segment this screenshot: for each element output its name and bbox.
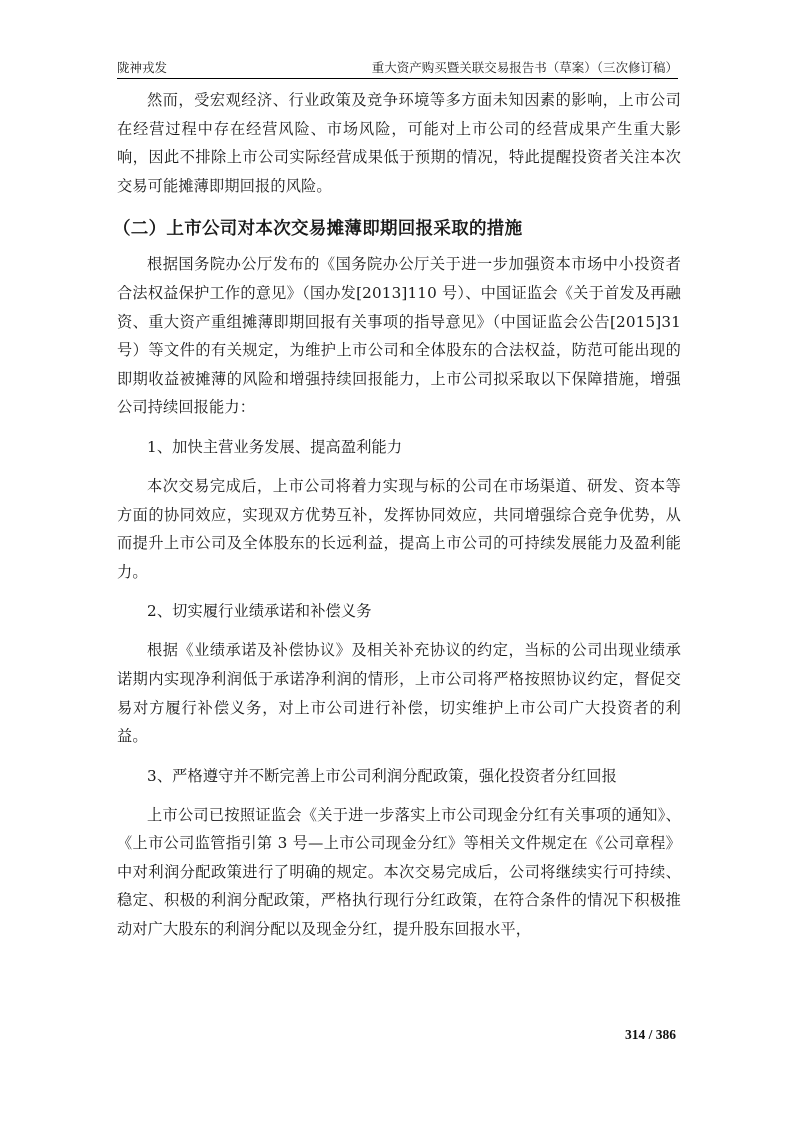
section-title: （二）上市公司对本次交易摊薄即期回报采取的措施 [113, 214, 681, 244]
measure-heading-2: 2、切实履行业绩承诺和补偿义务 [117, 598, 681, 624]
section-lead-paragraph: 根据国务院办公厅发布的《国务院办公厅关于进一步加强资本市场中小投资者合法权益保护… [117, 250, 681, 422]
header-document-title: 重大资产购买暨关联交易报告书（草案）（三次修订稿） [372, 58, 678, 76]
intro-paragraph: 然而，受宏观经济、行业政策及竞争环境等多方面未知因素的影响，上市公司在经营过程中… [117, 86, 681, 200]
measure-heading-1: 1、加快主营业务发展、提高盈利能力 [117, 434, 681, 460]
header-company-name: 陇神戎发 [117, 58, 167, 76]
page-header: 陇神戎发 重大资产购买暨关联交易报告书（草案）（三次修订稿） [117, 56, 678, 79]
page-number: 314 / 386 [625, 1027, 676, 1043]
measure-text-3: 上市公司已按照证监会《关于进一步落实上市公司现金分红有关事项的通知》、《上市公司… [117, 801, 681, 944]
measure-text-2: 根据《业绩承诺及补偿协议》及相关补充协议的约定，当标的公司出现业绩承诺期内实现净… [117, 636, 681, 750]
measure-heading-3: 3、严格遵守并不断完善上市公司利润分配政策，强化投资者分红回报 [117, 763, 681, 789]
page-content: 然而，受宏观经济、行业政策及竞争环境等多方面未知因素的影响，上市公司在经营过程中… [117, 86, 681, 944]
measure-text-1: 本次交易完成后，上市公司将着力实现与标的公司在市场渠道、研发、资本等方面的协同效… [117, 472, 681, 586]
